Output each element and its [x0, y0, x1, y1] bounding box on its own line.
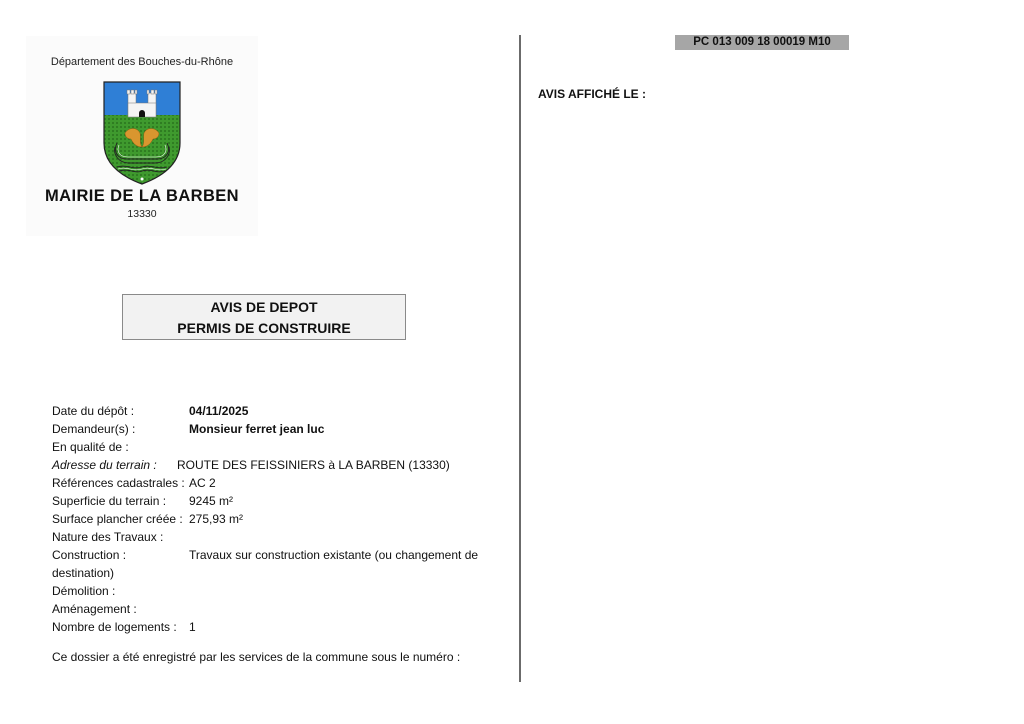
- permit-reference-number: PC 013 009 18 00019 M10: [675, 35, 849, 50]
- field-label: Références cadastrales :: [52, 474, 185, 492]
- field-label: Démolition :: [52, 582, 115, 600]
- field-label: Aménagement :: [52, 600, 137, 618]
- field-label: Demandeur(s) :: [52, 420, 135, 438]
- field-construction: Construction : Travaux sur construction …: [52, 546, 502, 564]
- field-label: En qualité de :: [52, 438, 129, 456]
- postal-code: 13330: [26, 208, 258, 220]
- field-date-depot: Date du dépôt : 04/11/2025: [52, 402, 502, 420]
- registration-note: Ce dossier a été enregistré par les serv…: [52, 650, 460, 664]
- title-line-2: PERMIS DE CONSTRUIRE: [123, 318, 405, 339]
- field-amenagement: Aménagement :: [52, 600, 502, 618]
- field-value: 04/11/2025: [189, 402, 248, 420]
- avis-affiche-label: AVIS AFFICHÉ LE :: [538, 87, 646, 101]
- field-value: 275,93 m²: [189, 510, 243, 528]
- department-name: Département des Bouches-du-Rhône: [26, 56, 258, 68]
- mairie-name: MAIRIE DE LA BARBEN: [26, 187, 258, 206]
- field-value: ROUTE DES FEISSINIERS à LA BARBEN (13330…: [177, 456, 450, 474]
- field-label: Date du dépôt :: [52, 402, 134, 420]
- field-construction-continuation: destination): [52, 564, 502, 582]
- field-demandeur: Demandeur(s) : Monsieur ferret jean luc: [52, 420, 502, 438]
- field-logements: Nombre de logements : 1: [52, 618, 502, 636]
- field-value: Travaux sur construction existante (ou c…: [189, 546, 478, 564]
- coat-of-arms-icon: [103, 81, 181, 185]
- field-label: Construction :: [52, 546, 126, 564]
- mairie-logo: Département des Bouches-du-Rhône: [26, 36, 258, 236]
- field-references: Références cadastrales : AC 2: [52, 474, 502, 492]
- field-value: AC 2: [189, 474, 216, 492]
- field-label: Adresse du terrain :: [52, 456, 157, 474]
- title-line-1: AVIS DE DEPOT: [123, 297, 405, 318]
- field-surface-plancher: Surface plancher créée : 275,93 m²: [52, 510, 502, 528]
- field-qualite: En qualité de :: [52, 438, 502, 456]
- field-label: Nature des Travaux :: [52, 528, 163, 546]
- field-value: 9245 m²: [189, 492, 233, 510]
- field-demolition: Démolition :: [52, 582, 502, 600]
- field-superficie: Superficie du terrain : 9245 m²: [52, 492, 502, 510]
- field-adresse: Adresse du terrain : ROUTE DES FEISSINIE…: [52, 456, 502, 474]
- page-divider: [519, 35, 521, 682]
- permit-details: Date du dépôt : 04/11/2025 Demandeur(s) …: [52, 402, 502, 636]
- field-label: Superficie du terrain :: [52, 492, 166, 510]
- field-value: Monsieur ferret jean luc: [189, 420, 324, 438]
- field-nature: Nature des Travaux :: [52, 528, 502, 546]
- field-value-continuation: destination): [52, 564, 114, 582]
- field-label: Nombre de logements :: [52, 618, 177, 636]
- field-value: 1: [189, 618, 196, 636]
- document-title-box: AVIS DE DEPOT PERMIS DE CONSTRUIRE: [122, 294, 406, 340]
- field-label: Surface plancher créée :: [52, 510, 183, 528]
